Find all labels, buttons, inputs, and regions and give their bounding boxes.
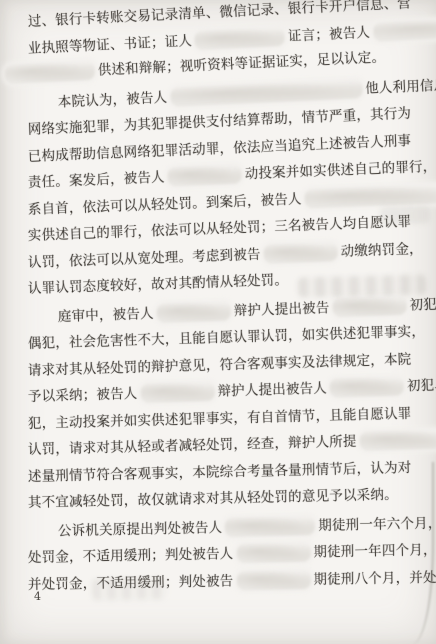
text-segment: 责任。案发后，被告人: [28, 170, 166, 191]
scanned-court-document-page: 过、银行卡转账交易记录清单、微信记录、银行卡开户信息、营业执照等物证、书证；证人…: [0, 0, 436, 644]
redaction-mark: [332, 295, 407, 316]
redaction-mark: [236, 569, 310, 589]
text-segment: 处罚金，不适用缓刑；判处被告人: [28, 546, 234, 566]
text-segment: 认罚，依法可以从宽处理。考虑到被告: [28, 246, 261, 270]
text-segment: 初犯、偶: [407, 377, 436, 395]
text-segment: 证言；被告人: [288, 24, 371, 44]
text-segment: 他人利用信息: [365, 77, 436, 97]
redaction-mark: [170, 78, 363, 105]
redaction-mark: [236, 542, 310, 562]
redaction-mark: [195, 26, 286, 49]
redaction-mark: [225, 515, 315, 536]
text-segment: 辩护人提出被告人: [217, 381, 327, 400]
document-text-block: 过、银行卡转账交易记录清单、微信记录、银行卡开户信息、营业执照等物证、书证；证人…: [28, 9, 412, 598]
text-segment: 期徒刑八个月，并处: [313, 569, 436, 587]
redaction-mark: [140, 381, 215, 402]
text-segment: 述量刑情节符合客观事实，本院综合考量各量刑情节后，认为对: [28, 459, 412, 484]
text-segment: 认罚，请求对其从轻或者减轻处罚，经查，辩护人所提: [28, 434, 357, 458]
redaction-mark: [359, 429, 436, 450]
text-segment: 认罪认罚态度较好，故对其酌情从轻处罚。: [28, 272, 289, 297]
text-segment: 期徒刑一年四个月，: [313, 542, 436, 560]
text-segment: 业执照等物证、书证；证人: [27, 33, 192, 57]
text-segment: 本院认为，被告人: [57, 89, 167, 110]
page-number: 4: [34, 590, 41, 603]
text-segment: 动投案并如实供述自己的罪行，: [244, 159, 436, 183]
redaction-mark: [263, 241, 338, 263]
redaction-mark: [330, 376, 405, 397]
text-segment: 予以采纳；被告人: [28, 386, 138, 405]
redaction-mark: [167, 164, 242, 186]
text-segment: 辩护人提出被告: [233, 300, 329, 319]
redaction-mark: [373, 15, 436, 41]
text-segment: 期徒刑一年六个月，并: [318, 515, 436, 534]
text-segment: 初犯、: [409, 296, 436, 313]
redaction-mark: [4, 60, 95, 83]
text-segment: 并处罚金，不适用缓刑；判处被告: [28, 573, 234, 593]
redaction-mark: [304, 183, 436, 207]
text-segment: 动缴纳罚金，: [340, 241, 423, 260]
redaction-mark: [156, 300, 231, 321]
text-segment: 其不宜减轻处罚，故仅就请求对其从轻处罚的意见予以采纳。: [28, 487, 398, 511]
text-segment: 公诉机关原提出判处被告人: [58, 519, 223, 538]
text-segment: 犯，主动投案并如实供述犯罪事实，有自首情节，且能自愿认罪: [28, 405, 412, 431]
text-segment: 庭审中，被告人: [58, 305, 154, 324]
